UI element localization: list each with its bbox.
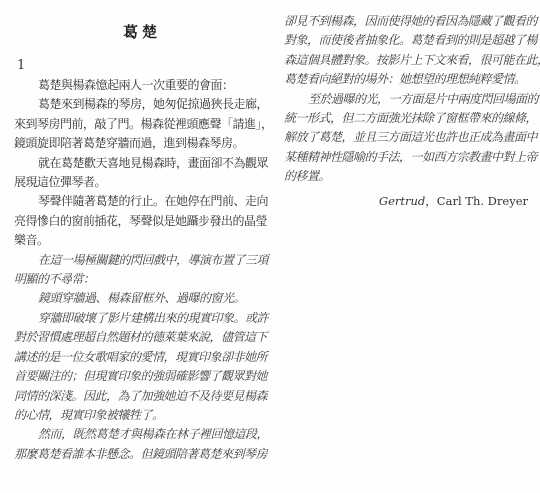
film-title: Gertrud — [379, 194, 425, 208]
text-line: 琴聲伴隨著葛楚的行止。在她停在門前、走向 — [14, 192, 272, 211]
film-attribution: Gertrud，Carl Th. Dreyer — [284, 192, 528, 211]
right-column-lines: 卻見不到楊森，因而使得她的看因為隱藏了觀看的對象，而使後者抽象化。葛楚看到的則是… — [284, 12, 528, 187]
text-line: 解放了葛楚，並且三方面這光也許也正成為畫面中 — [284, 128, 528, 147]
text-line: 穿牆即破壞了影片建構出來的現實印象。或許 — [14, 309, 272, 328]
page-title: 葛楚 — [14, 21, 270, 42]
text-line: 樂音。 — [14, 231, 272, 250]
text-line: 那麼葛楚看誰本非懸念。但鏡頭陪著葛楚來到琴房 — [14, 445, 272, 464]
text-line: 統一形式，但二方面強光抹除了窗框帶來的線條， — [284, 109, 528, 128]
text-line: 森這個具體對象。按影片上下文來看，很可能在此， — [284, 51, 528, 70]
text-line: 的心情，現實印象被犧牲了。 — [14, 406, 272, 425]
text-line: 就在葛楚歡天喜地見楊森時，畫面卻不為觀眾 — [14, 154, 272, 173]
text-line: 來到琴房門前，敲了門。楊森從裡頭應聲「請進」， — [14, 115, 272, 134]
text-line: 葛楚看向絕對的場外：她想望的理想純粹愛情。 — [284, 70, 528, 89]
attribution-separator: ， — [425, 194, 437, 208]
director-name: Carl Th. Dreyer — [437, 194, 528, 208]
left-column-text: 葛楚與楊森憶起兩人一次重要的會面：葛楚來到楊森的琴房，她匆促掠過狹長走廊，來到琴… — [14, 76, 272, 464]
text-line: 然而，既然葛楚才與楊森在林子裡回憶這段， — [14, 425, 272, 444]
text-line: 在這一場極關鍵的閃回戲中，導演布置了三項 — [14, 251, 272, 270]
text-line: 葛楚與楊森憶起兩人一次重要的會面： — [14, 76, 272, 95]
text-line: 鏡頭穿牆過、楊森留框外、過曝的窗光。 — [14, 289, 272, 308]
text-line: 同情的深淺。因此，為了加強她迫不及待要見楊森 — [14, 387, 272, 406]
text-line: 講述的是一位女歌唱家的愛情，現實印象卻非她所 — [14, 348, 272, 367]
text-line: 明顯的不尋常： — [14, 270, 272, 289]
right-column-text: 卻見不到楊森，因而使得她的看因為隱藏了觀看的對象，而使後者抽象化。葛楚看到的則是… — [284, 12, 528, 211]
text-line: 對於習慣處理超自然題材的德萊葉來說，儘管這下 — [14, 328, 272, 347]
text-line: 某種精神性隱喻的手法，一如西方宗教畫中對上帝 — [284, 148, 528, 167]
section-number: 1 — [17, 58, 25, 73]
text-line: 首要關注的；但現實印象的強弱確影響了觀眾對她 — [14, 367, 272, 386]
text-line: 卻見不到楊森，因而使得她的看因為隱藏了觀看的 — [284, 12, 528, 31]
text-line: 鏡頭旋即陪著葛楚穿牆而過，進到楊森琴房。 — [14, 134, 272, 153]
text-line: 的移置。 — [284, 167, 528, 186]
text-line: 展現這位彈琴者。 — [14, 173, 272, 192]
text-line: 葛楚來到楊森的琴房，她匆促掠過狹長走廊， — [14, 95, 272, 114]
text-line: 亮得慘白的窗前插花，琴聲似是她躡步發出的晶瑩 — [14, 212, 272, 231]
text-line: 對象，而使後者抽象化。葛楚看到的則是超越了楊 — [284, 31, 528, 50]
text-line: 至於過曝的光，一方面是片中兩度閃回場面的 — [284, 90, 528, 109]
